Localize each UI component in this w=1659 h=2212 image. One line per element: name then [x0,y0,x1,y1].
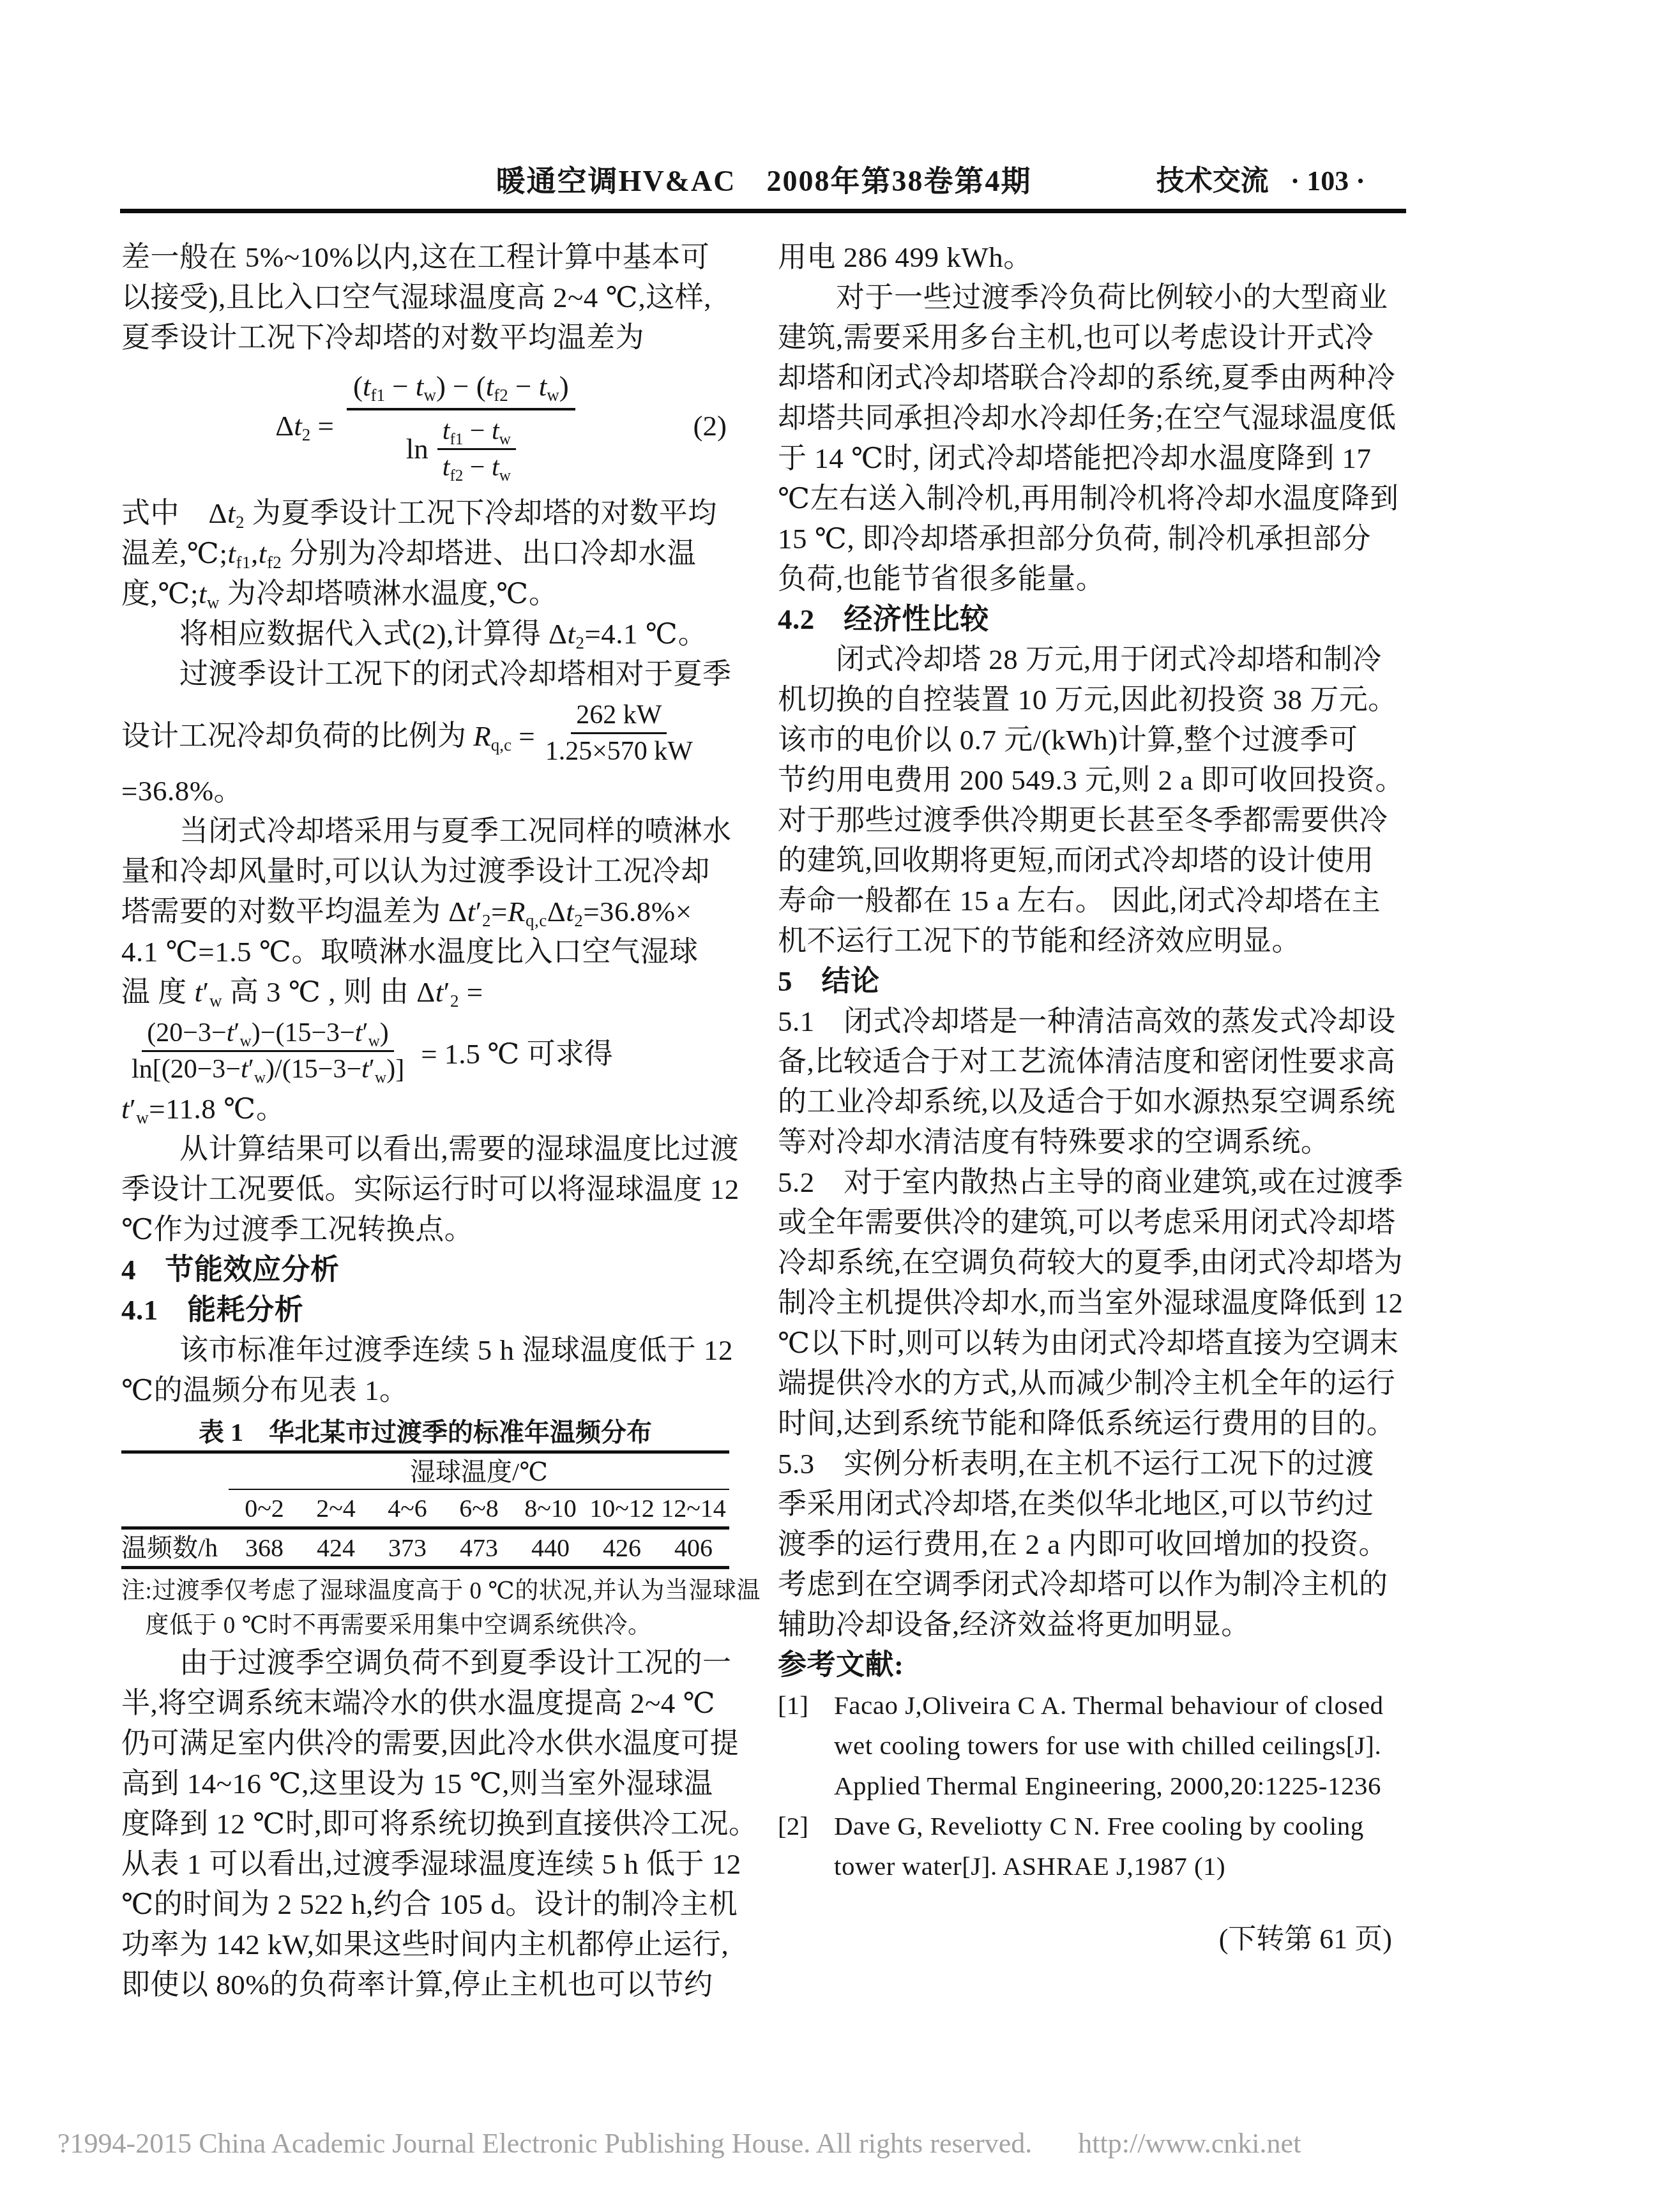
text-line: Facao J,Oliveira C A. Thermal behaviour … [834,1685,1409,1726]
paragraph-frequency-intro: 该市标准年过渡季连续 5 h 湿球温度低于 12℃的温频分布见表 1。 [121,1330,729,1411]
equation-2: Δt2 = (tf1 − tw) − (tf2 − tw) ln tf1 − t… [121,358,729,493]
text-line: 端提供冷水的方式,从而减少制冷主机全年的运行 [778,1364,1409,1404]
wetbulb-result: = 1.5 ℃ 可求得 [421,1030,613,1072]
page-header: 暖通空调HV&AC 2008年第38卷第4期 技术交流 · 103 · [121,158,1406,204]
equation-number: (2) [693,409,727,442]
text-line: 辅助冷却设备,经济效益将更加明显。 [778,1605,1409,1645]
text-line: 5.2 对于室内散热占主导的商业建筑,或在过渡季 [778,1162,1409,1203]
section-4-heading: 4 节能效应分析 [121,1250,729,1290]
text-line: tower water[J]. ASHRAE J,1987 (1) [834,1846,1409,1886]
table-column-header-row: 0~22~44~66~88~1010~1212~14 [121,1490,729,1526]
text-line: 建筑,需要采用多台主机,也可以考虑设计开式冷 [778,318,1409,358]
text-line: 备,比较适合于对工艺流体清洁度和密闭性要求高 [778,1042,1409,1082]
text-line: 该市标准年过渡季连续 5 h 湿球温度低于 12 [121,1330,729,1371]
copyright-text: ?1994-2015 China Academic Journal Electr… [57,2127,1032,2160]
text-line: 节约用电费用 200 549.3 元,则 2 a 即可收回投资。 [778,760,1409,801]
journal-title: 暖通空调HV&AC 2008年第38卷第4期 [496,158,1032,204]
text-line: 差一般在 5%~10%以内,这在工程计算中基本可 [121,237,729,278]
equation-2-fraction: (tf1 − tw) − (tf2 − tw) ln tf1 − tw tf2 … [347,370,575,483]
text-line: Applied Thermal Engineering, 2000,20:122… [834,1766,1409,1806]
text-line: 度低于 0 ℃时不再需要采用集中空调系统供冷。 [121,1609,729,1643]
text-line: 度降到 12 ℃时,即可将系统切换到直接供冷工况。 [121,1804,729,1844]
text-line: 负荷,也能节省很多能量。 [778,559,1409,599]
wetbulb-numerator: (20−3−t′w)−(15−3−t′w) [142,1018,394,1052]
table-cell: 6~8 [443,1490,515,1526]
reference-text: Dave G, Reveliotty C N. Free cooling by … [834,1806,1409,1886]
section-4-1-heading: 4.1 能耗分析 [121,1290,729,1330]
table-1-title: 表 1 华北某市过渡季的标准年温频分布 [121,1415,729,1450]
table-cell: 10~12 [586,1490,658,1526]
reference-marker: [2] [778,1806,834,1886]
paragraph-electricity: 用电 286 499 kWh。 对于一些过渡季冷负荷比例较小的大型商业建筑,需要… [778,237,1409,599]
equation-2-numerator: (tf1 − tw) − (tf2 − tw) [347,370,575,410]
text-line: 5.3 实例分析表明,在主机不运行工况下的过渡 [778,1444,1409,1484]
paragraph-conclusion-5-1: 5.1 闭式冷却塔是一种清洁高效的蒸发式冷却设备,比较适合于对工艺流体清洁度和密… [778,1002,1409,1162]
text-line: 或全年需要供冷的建筑,可以考虑采用闭式冷却塔 [778,1203,1409,1243]
text-line: 的建筑,回收期将更短,而闭式冷却塔的设计使用 [778,841,1409,881]
column-label: 技术交流 [1156,158,1269,204]
table-cell: 368 [229,1530,300,1566]
table-notes: 注:过渡季仅考虑了湿球温度高于 0 ℃的状况,并认为当湿球温 度低于 0 ℃时不… [121,1574,729,1643]
text-line: 却塔共同承担冷却水冷却任务;在空气湿球温度低 [778,398,1409,439]
cnki-url: http://www.cnki.net [1078,2127,1301,2160]
text-line: 夏季设计工况下冷却塔的对数平均温差为 [121,318,729,358]
text-line: 于 14 ℃时, 闭式冷却塔能把冷却水温度降到 17 [778,439,1409,479]
page-number: · 103 · [1291,158,1365,204]
text-line: 注:过渡季仅考虑了湿球温度高于 0 ℃的状况,并认为当湿球温 [121,1574,729,1609]
paragraph-wetbulb-conclusion: t′w=11.8 ℃。 从计算结果可以看出,需要的湿球温度比过渡季设计工况要低。… [121,1089,729,1250]
table-cell: 8~10 [515,1490,586,1526]
ratio-formula-line: 设计工况冷却负荷的比例为 Rq,c = 262 kW 1.25×570 kW [121,695,729,771]
wetbulb-fraction: (20−3−t′w)−(15−3−t′w) ln[(20−3−t′w)/(15−… [132,1018,404,1085]
text-line: 制冷主机提供冷却水,而当室外湿球温度降低到 12 [778,1283,1409,1323]
text-line: 温 度 t′w 高 3 ℃ , 则 由 Δt′2 = [121,972,729,1012]
text-line: 的工业冷却系统,以及适合于如水源热泵空调系统 [778,1082,1409,1122]
table-corner-cell [121,1454,229,1490]
text-line: 从表 1 可以看出,过渡季湿球温度连续 5 h 低于 12 [121,1844,729,1885]
text-line: 等对冷却水清洁度有特殊要求的空调系统。 [778,1122,1409,1162]
text-line: 机不运行工况下的节能和经济效应明显。 [778,921,1409,961]
text-line: 该市的电价以 0.7 元/(kWh)计算,整个过渡季可 [778,720,1409,760]
text-line: 季采用闭式冷却塔,在类似华北地区,可以节约过 [778,1484,1409,1524]
text-line: 时间,达到系统节能和降低系统运行费用的目的。 [778,1404,1409,1444]
ln-operator: ln [406,432,428,465]
paragraph-economics: 闭式冷却塔 28 万元,用于闭式冷却塔和制冷机切换的自控装置 10 万元,因此初… [778,640,1409,961]
table-data-row: 温频数/h 368424373473440426406 [121,1530,729,1566]
table-column-headers: 0~22~44~66~88~1010~1212~14 [229,1490,729,1526]
text-line: 闭式冷却塔 28 万元,用于闭式冷却塔和制冷 [778,640,1409,680]
text-line: 仍可满足室内供冷的需要,因此冷水供水温度可提 [121,1724,729,1764]
table-1: 表 1 华北某市过渡季的标准年温频分布 湿球温度/℃ 0~22~44~66~88… [121,1415,729,1569]
text-line: 却塔和闭式冷却塔联合冷却的系统,夏季由两种冷 [778,358,1409,398]
equation-2-inner-fraction: tf1 − tw tf2 − tw [437,416,516,483]
table-cell: 12~14 [658,1490,729,1526]
equation-2-lhs: Δt2 = [275,409,334,442]
reference-text: Facao J,Oliveira C A. Thermal behaviour … [834,1685,1409,1806]
paragraph-intro: 差一般在 5%~10%以内,这在工程计算中基本可以接受),且比入口空气湿球温度高… [121,237,729,358]
table-cell: 406 [658,1530,729,1566]
text-line: 度,℃;tw 为冷却塔喷淋水温度,℃。 [121,574,729,614]
text-line: 塔需要的对数平均温差为 Δt′2=Rq,cΔt2=36.8%× [121,892,729,932]
inner-numerator: tf1 − tw [437,416,516,450]
text-line: 考虑到在空调季闭式冷却塔可以作为制冷主机的 [778,1565,1409,1605]
text-line: 量和冷却风量时,可以认为过渡季设计工况冷却 [121,852,729,892]
section-4-2-heading: 4.2 经济性比较 [778,599,1409,640]
text-line: 从计算结果可以看出,需要的湿球温度比过渡 [121,1129,729,1170]
paragraph-conclusion-5-2: 5.2 对于室内散热占主导的商业建筑,或在过渡季或全年需要供冷的建筑,可以考虑采… [778,1162,1409,1444]
text-line: 将相应数据代入式(2),计算得 Δt2=4.1 ℃。 [121,614,729,654]
right-column: 用电 286 499 kWh。 对于一些过渡季冷负荷比例较小的大型商业建筑,需要… [778,237,1409,1962]
text-line: 渡季的运行费用,在 2 a 内即可收回增加的投资。 [778,1524,1409,1565]
text-line: ℃作为过渡季工况转换点。 [121,1210,729,1250]
text-line: 高到 14~16 ℃,这里设为 15 ℃,则当室外湿球温 [121,1764,729,1804]
header-right: 技术交流 · 103 · [1156,158,1365,204]
table-cell: 2~4 [300,1490,372,1526]
table-span-header: 湿球温度/℃ [229,1454,729,1490]
text-line: Dave G, Reveliotty C N. Free cooling by … [834,1806,1409,1846]
paragraph-energy-saving: 由于过渡季空调负荷不到夏季设计工况的一半,将空调系统末端冷水的供水温度提高 2~… [121,1643,729,2005]
text-line: =36.8%。 [121,771,729,811]
text-line: ℃的时间为 2 522 h,约合 105 d。设计的制冷主机 [121,1885,729,1925]
table-corner-cell [121,1490,229,1526]
text-line: t′w=11.8 ℃。 [121,1089,729,1129]
table-cell: 0~2 [229,1490,300,1526]
ratio-numerator: 262 kW [571,700,667,734]
table-cell: 424 [300,1530,372,1566]
text-line: wet cooling towers for use with chilled … [834,1726,1409,1766]
text-line: 机切换的自控装置 10 万元,因此初投资 38 万元。 [778,680,1409,720]
text-line: 当闭式冷却塔采用与夏季工况同样的喷淋水 [121,811,729,852]
text-line: 半,将空调系统末端冷水的供水温度提高 2~4 ℃ [121,1683,729,1724]
text-line: 4.1 ℃=1.5 ℃。取喷淋水温度比入口空气湿球 [121,932,729,972]
table-span-header-row: 湿球温度/℃ [121,1454,729,1490]
paragraph-spray-water: 当闭式冷却塔采用与夏季工况同样的喷淋水量和冷却风量时,可以认为过渡季设计工况冷却… [121,811,729,1012]
inner-denominator: tf2 − tw [443,450,511,483]
table-row-label: 温频数/h [121,1530,229,1566]
table-cell: 473 [443,1530,515,1566]
continuation-note: (下转第 61 页) [778,1917,1409,1962]
table-rule-bottom [121,1566,729,1569]
text-line: 季设计工况要低。实际运行时可以将湿球温度 12 [121,1170,729,1210]
reference-item: [1] Facao J,Oliveira C A. Thermal behavi… [778,1685,1409,1806]
text-line: 温差,℃;tf1,tf2 分别为冷却塔进、出口冷却水温 [121,534,729,574]
text-line: ℃以下时,则可以转为由闭式冷却塔直接为空调末 [778,1323,1409,1364]
paragraph-calculation: 将相应数据代入式(2),计算得 Δt2=4.1 ℃。 过渡季设计工况下的闭式冷却… [121,614,729,695]
ratio-fraction: 262 kW 1.25×570 kW [545,700,693,767]
reference-marker: [1] [778,1685,834,1806]
text-line: 以接受),且比入口空气湿球温度高 2~4 ℃,这样, [121,278,729,318]
table-values: 368424373473440426406 [229,1530,729,1566]
text-line: 对于那些过渡季供冷期更长甚至冬季都需要供冷 [778,801,1409,841]
ratio-denominator: 1.25×570 kW [545,734,693,767]
text-line: 用电 286 499 kWh。 [778,237,1409,278]
text-line: ℃左右送入制冷机,再用制冷机将冷却水温度降到 [778,479,1409,519]
text-line: 寿命一般都在 15 a 左右。 因此,闭式冷却塔在主 [778,881,1409,921]
text-line: 式中 Δt2 为夏季设计工况下冷却塔的对数平均 [121,493,729,534]
header-rule [120,209,1406,213]
text-line: 冷却系统,在空调负荷较大的夏季,由闭式冷却塔为 [778,1243,1409,1283]
equation-2-denominator: ln tf1 − tw tf2 − tw [406,410,516,483]
table-cell: 4~6 [372,1490,443,1526]
table-cell: 426 [586,1530,658,1566]
table-cell: 373 [372,1530,443,1566]
page-footer: ?1994-2015 China Academic Journal Electr… [57,2127,1398,2160]
wetbulb-formula-line: (20−3−t′w)−(15−3−t′w) ln[(20−3−t′w)/(15−… [121,1012,729,1089]
paragraph-ratio-result: =36.8%。 [121,771,729,811]
references-heading: 参考文献: [778,1645,1409,1685]
section-5-heading: 5 结论 [778,961,1409,1002]
text-line: 5.1 闭式冷却塔是一种清洁高效的蒸发式冷却设 [778,1002,1409,1042]
reference-item: [2] Dave G, Reveliotty C N. Free cooling… [778,1806,1409,1886]
paragraph-where-clause: 式中 Δt2 为夏季设计工况下冷却塔的对数平均温差,℃;tf1,tf2 分别为冷… [121,493,729,614]
ratio-prefix: 设计工况冷却负荷的比例为 Rq,c = [121,712,535,754]
text-line: 过渡季设计工况下的闭式冷却塔相对于夏季 [121,654,729,695]
text-line: ℃的温频分布见表 1。 [121,1371,729,1411]
text-line: 对于一些过渡季冷负荷比例较小的大型商业 [778,278,1409,318]
paragraph-conclusion-5-3: 5.3 实例分析表明,在主机不运行工况下的过渡季采用闭式冷却塔,在类似华北地区,… [778,1444,1409,1645]
text-line: 15 ℃, 即冷却塔承担部分负荷, 制冷机承担部分 [778,519,1409,559]
text-line: 由于过渡季空调负荷不到夏季设计工况的一 [121,1643,729,1683]
wetbulb-denominator: ln[(20−3−t′w)/(15−3−t′w)] [132,1052,404,1085]
table-cell: 440 [515,1530,586,1566]
left-column: 差一般在 5%~10%以内,这在工程计算中基本可以接受),且比入口空气湿球温度高… [121,237,729,2005]
text-line: 功率为 142 kW,如果这些时间内主机都停止运行, [121,1925,729,1965]
scanned-paper-page: 暖通空调HV&AC 2008年第38卷第4期 技术交流 · 103 · 差一般在… [0,0,1659,2212]
text-line: 即使以 80%的负荷率计算,停止主机也可以节约 [121,1965,729,2005]
